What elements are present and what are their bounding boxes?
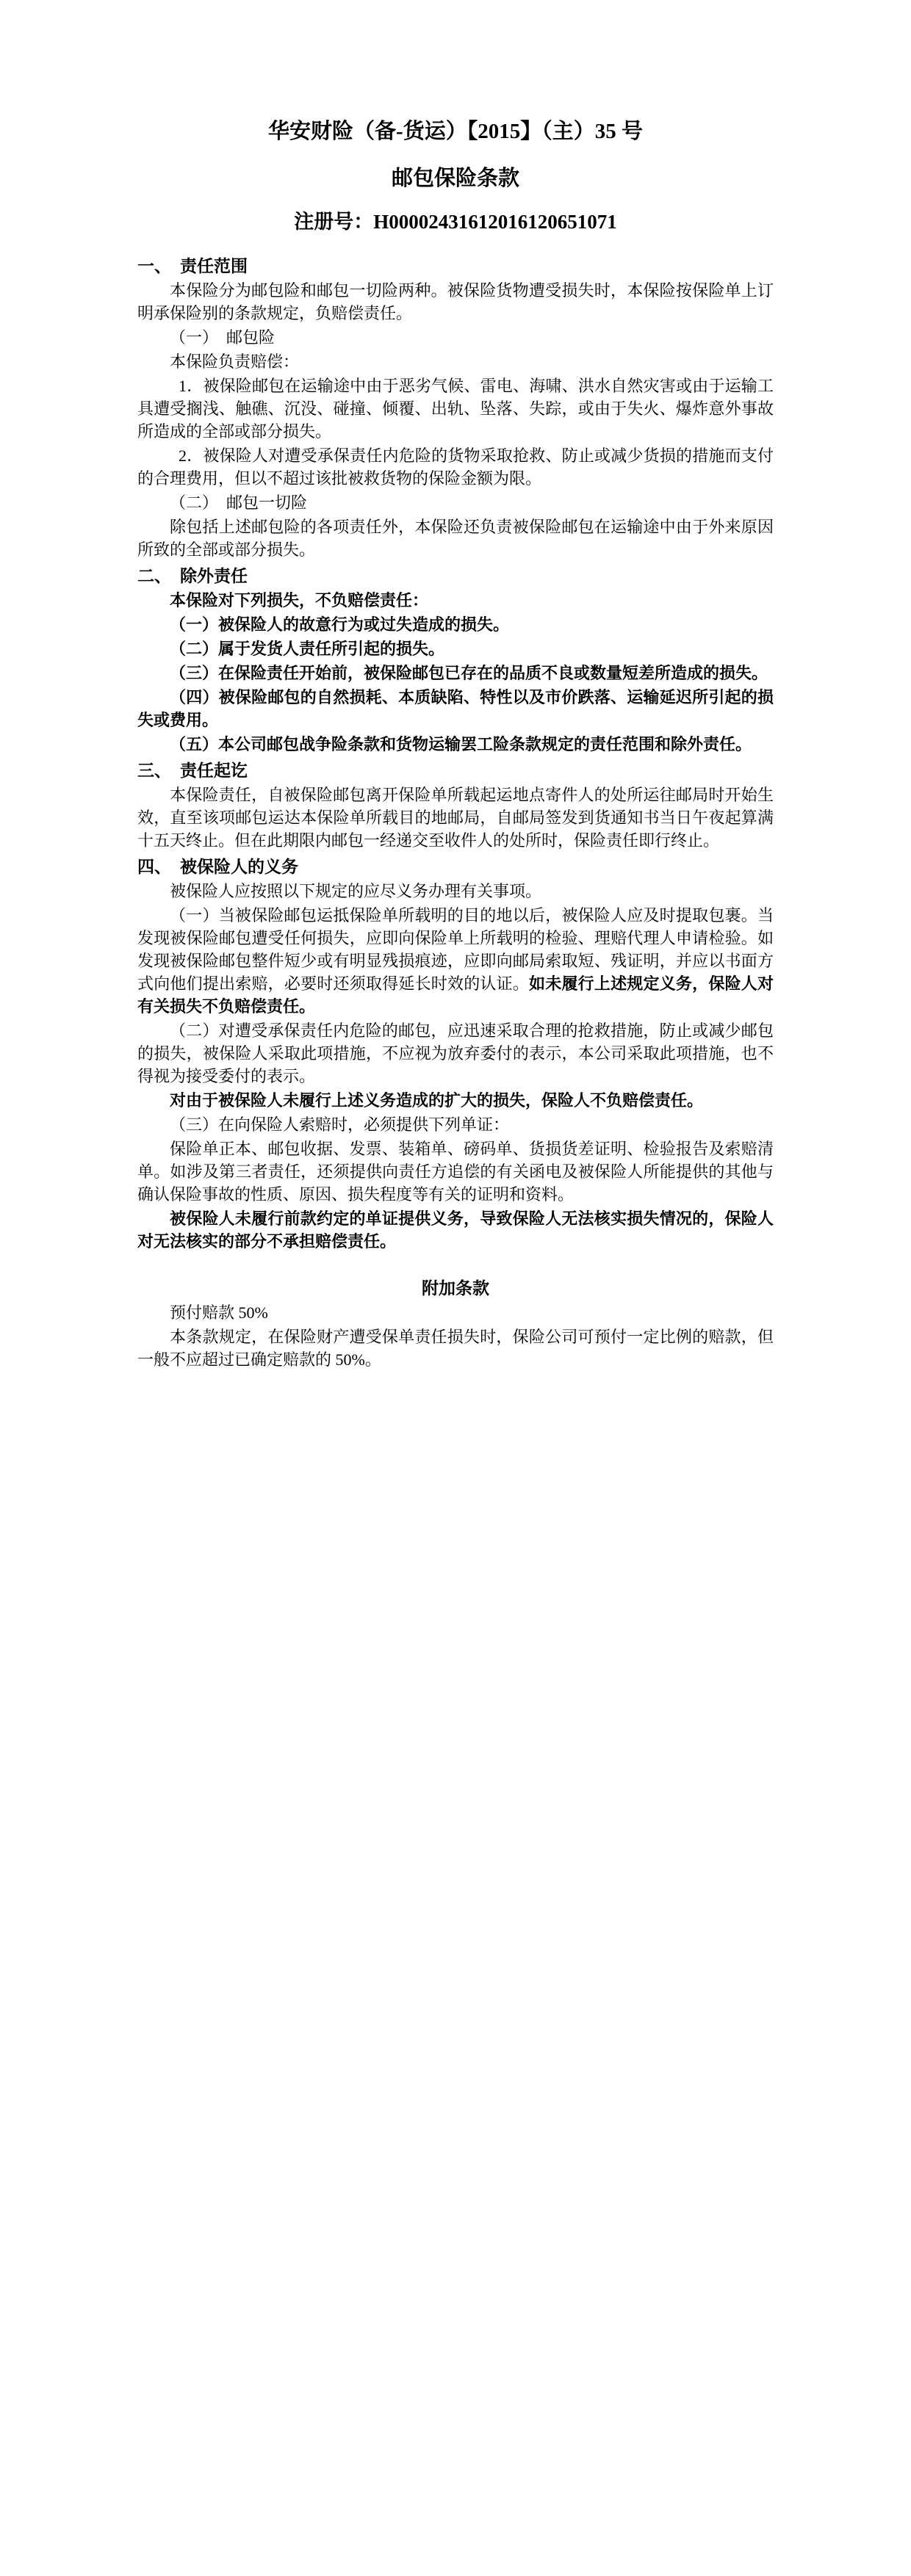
section-2-number: 二、: [137, 566, 171, 585]
section-4-heading: 四、被保险人的义务: [137, 855, 774, 878]
section-1-sub-2-title: （二） 邮包一切险: [137, 491, 774, 514]
section-1-sub-2-body: 除包括上述邮包险的各项责任外，本保险还负责被保险邮包在运输途中由于外来原因所致的…: [137, 515, 774, 561]
section-1-intro: 本保险分为邮包险和邮包一切险两种。被保险货物遭受损失时，本保险按保险单上订明承保…: [137, 279, 774, 325]
section-3-title: 责任起讫: [180, 761, 248, 780]
section-1-heading: 一、责任范围: [137, 254, 774, 278]
registration-number: 注册号：H00002431612016120651071: [137, 207, 774, 236]
final-warning: 被保险人未履行前款约定的单证提供义务，导致保险人无法核实损失情况的，保险人对无法…: [137, 1207, 774, 1253]
section-2-intro: 本保险对下列损失，不负赔偿责任：: [137, 589, 774, 612]
obligation-item-3: （三）在向保险人索赔时，必须提供下列单证：: [137, 1113, 774, 1136]
section-3-heading: 三、责任起讫: [137, 759, 774, 782]
document-page: 华安财险（备-货运）【2015】（主）35 号 邮包保险条款 注册号：H0000…: [0, 0, 911, 2576]
doc-number: 华安财险（备-货运）【2015】（主）35 号: [137, 116, 774, 147]
exclusion-item-1: （一）被保险人的故意行为或过失造成的损失。: [137, 613, 774, 636]
section-1-item-2: 2．被保险人对遭受承保责任内危险的货物采取抢救、防止或减少货损的措施而支付的合理…: [137, 444, 774, 490]
addendum-subtitle: 预付赔款 50%: [137, 1301, 774, 1324]
section-1-sub-1-title: （一） 邮包险: [137, 326, 774, 349]
section-4-title: 被保险人的义务: [180, 857, 298, 876]
exclusion-item-3: （三）在保险责任开始前，被保险邮包已存在的品质不良或数量短差所造成的损失。: [137, 662, 774, 684]
section-1-claims-intro: 本保险负责赔偿：: [137, 350, 774, 373]
section-4-number: 四、: [137, 857, 171, 876]
addendum-heading: 附加条款: [137, 1276, 774, 1300]
section-2-heading: 二、除外责任: [137, 564, 774, 587]
addendum-body: 本条款规定，在保险财产遭受保单责任损失时，保险公司可预付一定比例的赔款，但一般不…: [137, 1325, 774, 1371]
obligation-warning: 对由于被保险人未履行上述义务造成的扩大的损失，保险人不负赔偿责任。: [137, 1089, 774, 1112]
section-2-title: 除外责任: [180, 566, 248, 585]
exclusion-item-4: （四）被保险邮包的自然损耗、本质缺陷、特性以及市价跌落、运输延迟所引起的损失或费…: [137, 686, 774, 731]
section-1-item-1: 1．被保险邮包在运输途中由于恶劣气候、雷电、海啸、洪水自然灾害或由于运输工具遭受…: [137, 375, 774, 443]
section-3-number: 三、: [137, 761, 171, 780]
section-3-body: 本保险责任，自被保险邮包离开保险单所载起运地点寄件人的处所运往邮局时开始生效，直…: [137, 784, 774, 852]
obligation-item-2: （二）对遭受承保责任内危险的邮包，应迅速采取合理的抢救措施，防止或减少邮包的损失…: [137, 1019, 774, 1088]
obligation-item-1: （一）当被保险邮包运抵保险单所载明的目的地以后，被保险人应及时提取包裹。当发现被…: [137, 904, 774, 1018]
section-1-number: 一、: [137, 256, 171, 275]
exclusion-item-5: （五）本公司邮包战争险条款和货物运输罢工险条款规定的责任范围和除外责任。: [137, 733, 774, 756]
section-1-title: 责任范围: [180, 256, 248, 275]
section-4-intro: 被保险人应按照以下规定的应尽义务办理有关事项。: [137, 880, 774, 902]
exclusion-item-2: （二）属于发货人责任所引起的损失。: [137, 637, 774, 660]
page-title: 邮包保险条款: [137, 163, 774, 194]
claim-documents: 保险单正本、邮包收据、发票、装箱单、磅码单、货损货差证明、检验报告及索赔清单。如…: [137, 1137, 774, 1206]
